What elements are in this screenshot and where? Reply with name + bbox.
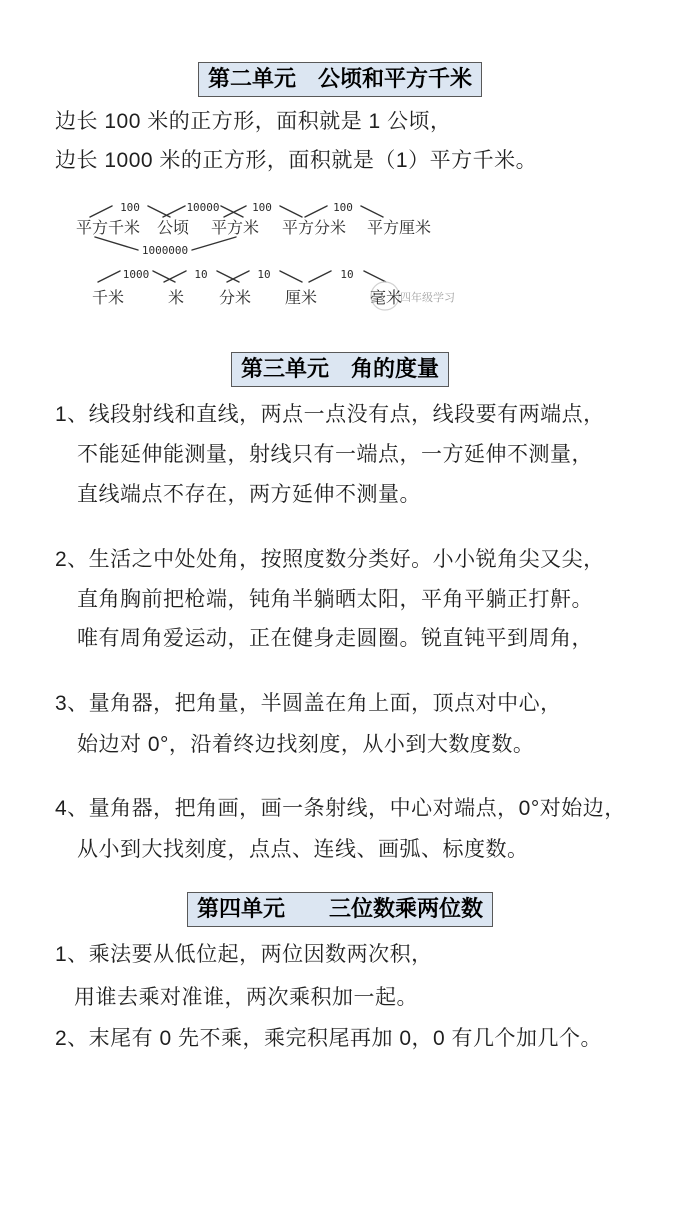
length-unit-cm: 厘米 — [285, 291, 317, 307]
s3-item3-line1: 3、量角器，把角量，半圆盖在角上面，顶点对中心， — [55, 692, 562, 716]
length-factor-1: 1000 — [123, 269, 150, 280]
area-factor-3: 100 — [252, 202, 272, 213]
section4-title: 第四单元 三位数乘两位数 — [187, 892, 493, 927]
unit-conversion-diagram: 平方千米 公顷 平方米 平方分米 平方厘米 100 10000 100 100 … — [0, 200, 680, 320]
length-unit-km: 千米 — [92, 291, 124, 307]
section3-title: 第三单元 角的度量 — [231, 352, 449, 387]
length-factor-4: 10 — [340, 269, 353, 280]
s3-item4-line1: 4、量角器，把角画，画一条射线，中心对端点，0°对始边， — [55, 797, 626, 821]
length-factor-3: 10 — [257, 269, 270, 280]
s4-line2: 用谁去乘对准谁，两次乘积加一起。 — [74, 986, 418, 1010]
section2-title: 第二单元 公顷和平方千米 — [198, 62, 482, 97]
area-factor-1: 100 — [120, 202, 140, 213]
s3-item1-line2: 不能延伸能测量，射线只有一端点，一方延伸不测量， — [77, 443, 593, 467]
area-factor-4: 100 — [333, 202, 353, 213]
section2-line2: 边长 1000 米的正方形，面积就是（1）平方千米。 — [55, 149, 537, 173]
length-factor-2: 10 — [194, 269, 207, 280]
section2-line1: 边长 100 米的正方形，面积就是 1 公顷， — [55, 110, 452, 134]
section4-title-row: 第四单元 三位数乘两位数 — [0, 892, 680, 927]
s4-line1: 1、乘法要从低位起，两位因数两次积， — [55, 943, 433, 967]
s3-item2-line1: 2、生活之中处处角，按照度数分类好。小小锐角尖又尖， — [55, 548, 605, 572]
area-unit-sqm: 平方米 — [211, 221, 259, 237]
area-unit-hectare: 公顷 — [157, 221, 189, 237]
section3-title-row: 第三单元 角的度量 — [0, 352, 680, 387]
length-unit-m: 米 — [168, 291, 184, 307]
length-unit-mm: 毫米 — [370, 291, 402, 307]
s3-item1-line3: 直线端点不存在，两方延伸不测量。 — [77, 483, 421, 507]
area-bottom-factor: 1000000 — [142, 245, 188, 256]
area-factor-2: 10000 — [186, 202, 219, 213]
document-page: 第二单元 公顷和平方千米 边长 100 米的正方形，面积就是 1 公顷， 边长 … — [0, 0, 680, 1209]
section2-title-row: 第二单元 公顷和平方千米 — [0, 62, 680, 97]
area-unit-sqdm: 平方分米 — [282, 221, 346, 237]
s4-line3: 2、末尾有 0 先不乘，乘完积尾再加 0，0 有几个加几个。 — [55, 1027, 602, 1051]
length-unit-dm: 分米 — [219, 291, 251, 307]
study-watermark: 四年级学习 — [400, 293, 455, 304]
s3-item4-line2: 从小到大找刻度，点点、连线、画弧、标度数。 — [77, 838, 529, 862]
area-unit-sqkm: 平方千米 — [76, 221, 140, 237]
s3-item3-line2: 始边对 0°，沿着终边找刻度，从小到大数度数。 — [77, 733, 534, 757]
s3-item2-line3: 唯有周角爱运动，正在健身走圆圈。锐直钝平到周角， — [77, 627, 593, 651]
s3-item1-line1: 1、线段射线和直线，两点一点没有点，线段要有两端点， — [55, 403, 605, 427]
s3-item2-line2: 直角胸前把枪端，钝角半躺晒太阳，平角平躺正打鼾。 — [77, 588, 593, 612]
area-unit-sqcm: 平方厘米 — [367, 221, 431, 237]
